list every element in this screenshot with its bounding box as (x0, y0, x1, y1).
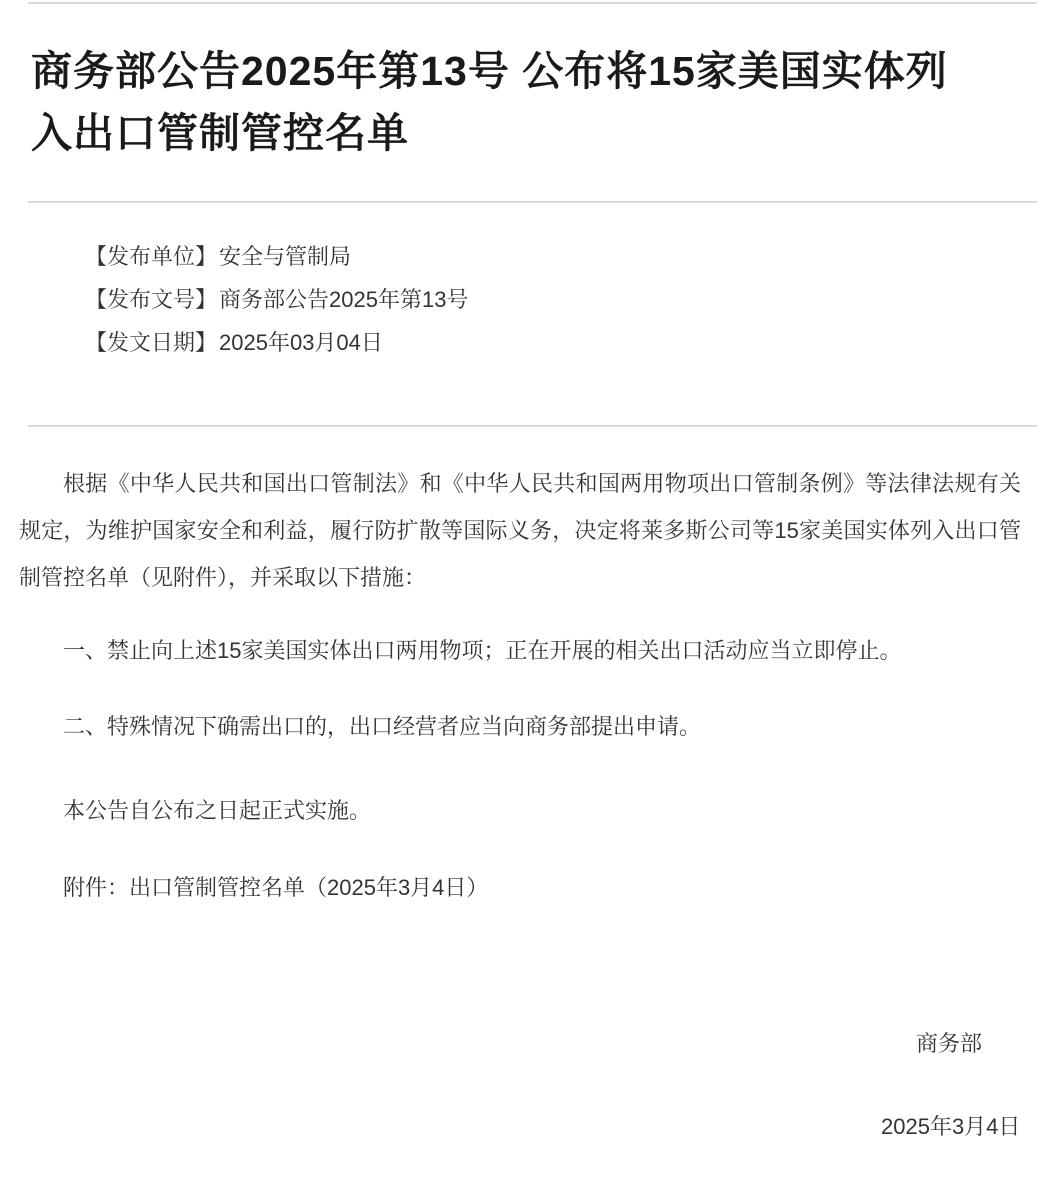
meta-line-doc-number: 【发布文号】商务部公告2025年第13号 (85, 289, 1041, 311)
divider-top (28, 2, 1037, 4)
meta-doc-number-label: 【发布文号】 (85, 287, 217, 312)
meta-line-publisher: 【发布单位】安全与管制局 (85, 246, 1041, 268)
meta-issue-date-label: 【发文日期】 (85, 330, 217, 355)
meta-publisher-value: 安全与管制局 (219, 244, 351, 269)
meta-block: 【发布单位】安全与管制局 【发布文号】商务部公告2025年第13号 【发文日期】… (85, 246, 1041, 354)
page-title: 商务部公告2025年第13号 公布将15家美国实体列 入出口管制管控名单 (31, 40, 1011, 164)
paragraph-legal-basis: 根据《中华人民共和国出口管制法》和《中华人民共和国两用物项出口管制条例》等法律法… (19, 460, 1021, 601)
signature-org: 商务部 (881, 1033, 1017, 1055)
signature-block: 商务部 2025年3月4日 (881, 1033, 1017, 1137)
meta-doc-number-value: 商务部公告2025年第13号 (219, 287, 468, 312)
meta-issue-date-value: 2025年03月04日 (219, 330, 383, 355)
announcement-document: 商务部公告2025年第13号 公布将15家美国实体列 入出口管制管控名单 【发布… (0, 0, 1041, 1193)
divider-below-meta (28, 425, 1037, 427)
paragraph-measure-1: 一、禁止向上述15家美国实体出口两用物项；正在开展的相关出口活动应当立即停止。 (19, 627, 1021, 674)
meta-line-issue-date: 【发文日期】2025年03月04日 (85, 332, 1041, 354)
meta-publisher-label: 【发布单位】 (85, 244, 217, 269)
page-title-line-2: 入出口管制管控名单 (31, 102, 1011, 164)
paragraph-attachment: 附件：出口管制管控名单（2025年3月4日） (19, 864, 1021, 911)
signature-date: 2025年3月4日 (881, 1116, 1017, 1137)
paragraph-measure-2: 二、特殊情况下确需出口的，出口经营者应当向商务部提出申请。 (19, 703, 1021, 750)
page-title-line-1: 商务部公告2025年第13号 公布将15家美国实体列 (31, 40, 1011, 102)
divider-below-title (28, 201, 1037, 203)
paragraph-effective-date: 本公告自公布之日起正式实施。 (19, 787, 1021, 834)
